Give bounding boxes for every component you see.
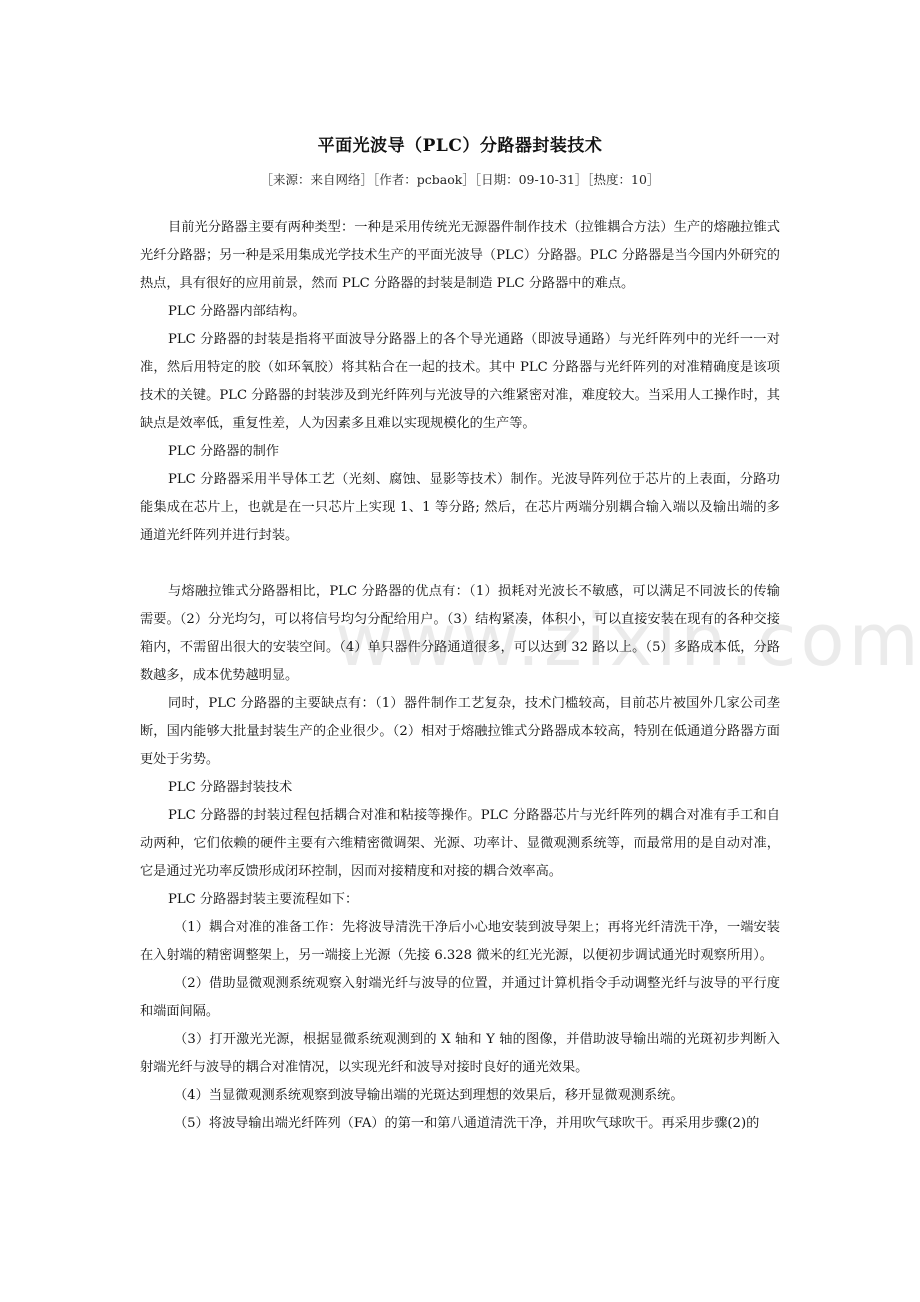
paragraph-intro: 目前光分路器主要有两种类型：一种是采用传统光无源器件制作技术（拉锥耦合方法）生产… (140, 214, 780, 298)
heading-internal-structure: PLC 分路器内部结构。 (140, 298, 780, 326)
step-5: （5）将波导输出端光纤阵列（FA）的第一和第八通道清洗干净，并用吹气球吹干。再采… (140, 1110, 780, 1138)
document-meta: ［来源：来自网络］［作者：pcbaok］［日期：09-10-31］［热度：10］ (140, 170, 780, 188)
step-3: （3）打开激光光源，根据显微系统观测到的 X 轴和 Y 轴的图像，并借助波导输出… (140, 1026, 780, 1082)
heading-fabrication: PLC 分路器的制作 (140, 438, 780, 466)
step-2: （2）借助显微观测系统观察入射端光纤与波导的位置，并通过计算机指令手动调整光纤与… (140, 970, 780, 1026)
paragraph-fabrication: PLC 分路器采用半导体工艺（光刻、腐蚀、显影等技术）制作。光波导阵列位于芯片的… (140, 466, 780, 550)
paragraph-disadvantages: 同时，PLC 分路器的主要缺点有：（1）器件制作工艺复杂，技术门槛较高，目前芯片… (140, 690, 780, 774)
paragraph-packaging-definition: PLC 分路器的封装是指将平面波导分路器上的各个导光通路（即波导通路）与光纤阵列… (140, 326, 780, 438)
document-body: 目前光分路器主要有两种类型：一种是采用传统光无源器件制作技术（拉锥耦合方法）生产… (140, 214, 780, 1138)
step-4: （4）当显微观测系统观察到波导输出端的光斑达到理想的效果后，移开显微观测系统。 (140, 1082, 780, 1110)
paragraph-advantages: 与熔融拉锥式分路器相比，PLC 分路器的优点有：（1）损耗对光波长不敏感，可以满… (140, 578, 780, 690)
step-1: （1）耦合对准的准备工作：先将波导清洗干净后小心地安装到波导架上；再将光纤清洗干… (140, 914, 780, 970)
heading-packaging-technology: PLC 分路器封装技术 (140, 774, 780, 802)
heading-packaging-flow: PLC 分路器封装主要流程如下： (140, 886, 780, 914)
paragraph-packaging-process: PLC 分路器的封装过程包括耦合对准和粘接等操作。PLC 分路器芯片与光纤阵列的… (140, 802, 780, 886)
document-title: 平面光波导（PLC）分路器封装技术 (140, 131, 780, 156)
